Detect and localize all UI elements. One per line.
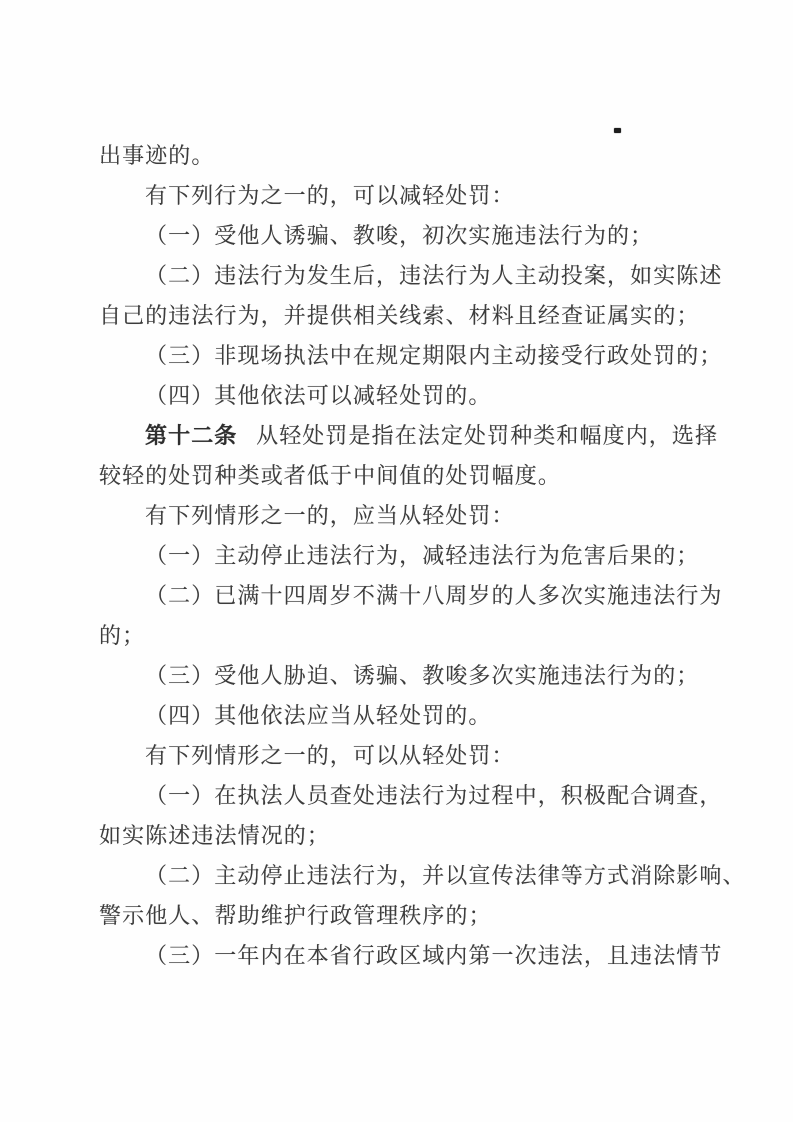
line-text: （一）主动停止违法行为，减轻违法行为危害后果的；: [145, 543, 699, 568]
line-text: 警示他人、帮助维护行政管理秩序的；: [99, 903, 492, 928]
text-line: （一）在执法人员查处违法行为过程中，积极配合调查，: [99, 776, 715, 816]
text-line: 如实陈述违法情况的；: [99, 816, 715, 856]
text-line: 的；: [99, 616, 715, 656]
text-line: 有下列情形之一的，可以从轻处罚：: [99, 736, 715, 776]
line-text: 较轻的处罚种类或者低于中间值的处罚幅度。: [99, 463, 561, 488]
text-block: 出事迹的。有下列行为之一的，可以减轻处罚：（一）受他人诱骗、教唆，初次实施违法行…: [99, 136, 715, 976]
text-line: 有下列行为之一的，可以减轻处罚：: [99, 176, 715, 216]
line-text: 如实陈述违法情况的；: [99, 823, 330, 848]
line-text: （一）受他人诱骗、教唆，初次实施违法行为的；: [145, 223, 653, 248]
text-line: 出事迹的。: [99, 136, 715, 176]
line-text: 的；: [99, 623, 145, 648]
text-line: （四）其他依法可以减轻处罚的。: [99, 376, 715, 416]
text-line: （三）受他人胁迫、诱骗、教唆多次实施违法行为的；: [99, 656, 715, 696]
text-line: （四）其他依法应当从轻处罚的。: [99, 696, 715, 736]
article-number: 第十二条: [145, 423, 237, 448]
line-text: （二）违法行为发生后，违法行为人主动投案，如实陈述: [145, 263, 723, 288]
text-line: （一）主动停止违法行为，减轻违法行为危害后果的；: [99, 536, 715, 576]
text-line: （一）受他人诱骗、教唆，初次实施违法行为的；: [99, 216, 715, 256]
line-text: 有下列情形之一的，可以从轻处罚：: [145, 743, 515, 768]
line-text: （三）非现场执法中在规定期限内主动接受行政处罚的；: [145, 343, 723, 368]
text-line: 有下列情形之一的，应当从轻处罚：: [99, 496, 715, 536]
text-line: （三）非现场执法中在规定期限内主动接受行政处罚的；: [99, 336, 715, 376]
text-line: 较轻的处罚种类或者低于中间值的处罚幅度。: [99, 456, 715, 496]
line-text: 从轻处罚是指在法定处罚种类和幅度内，选择: [256, 423, 718, 448]
line-text: （一）在执法人员查处违法行为过程中，积极配合调查，: [145, 783, 723, 808]
line-text: （三）一年内在本省行政区域内第一次违法，且违法情节: [145, 943, 723, 968]
text-line: （三）一年内在本省行政区域内第一次违法，且违法情节: [99, 936, 715, 976]
text-line: 警示他人、帮助维护行政管理秩序的；: [99, 896, 715, 936]
document-page: 出事迹的。有下列行为之一的，可以减轻处罚：（一）受他人诱骗、教唆，初次实施违法行…: [0, 0, 793, 1122]
text-line: （二）主动停止违法行为，并以宣传法律等方式消除影响、: [99, 856, 715, 896]
text-line: （二）已满十四周岁不满十八周岁的人多次实施违法行为: [99, 576, 715, 616]
ink-speck-artifact: [614, 128, 621, 133]
text-line: 自己的违法行为，并提供相关线索、材料且经查证属实的；: [99, 296, 715, 336]
text-line: 第十二条从轻处罚是指在法定处罚种类和幅度内，选择: [99, 416, 715, 456]
line-text: （四）其他依法应当从轻处罚的。: [145, 703, 492, 728]
line-text: 有下列行为之一的，可以减轻处罚：: [145, 183, 515, 208]
text-line: （二）违法行为发生后，违法行为人主动投案，如实陈述: [99, 256, 715, 296]
line-text: 自己的违法行为，并提供相关线索、材料且经查证属实的；: [99, 303, 700, 328]
line-text: 有下列情形之一的，应当从轻处罚：: [145, 503, 515, 528]
line-text: 出事迹的。: [99, 143, 215, 168]
line-text: （三）受他人胁迫、诱骗、教唆多次实施违法行为的；: [145, 663, 699, 688]
line-text: （四）其他依法可以减轻处罚的。: [145, 383, 492, 408]
line-text: （二）已满十四周岁不满十八周岁的人多次实施违法行为: [145, 583, 723, 608]
line-text: （二）主动停止违法行为，并以宣传法律等方式消除影响、: [145, 863, 746, 888]
